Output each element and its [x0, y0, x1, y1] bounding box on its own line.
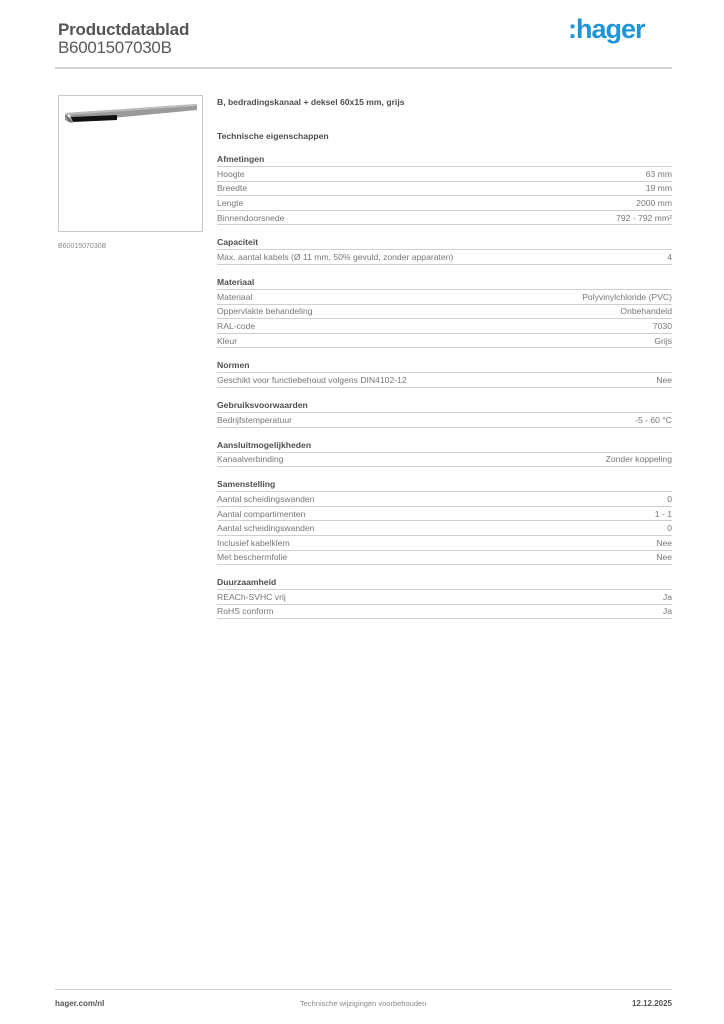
group-title: Capaciteit: [217, 236, 672, 250]
property-label: Aantal scheidingswanden: [217, 494, 314, 504]
cable-duct-image: [59, 96, 204, 233]
property-value: 7030: [653, 321, 672, 331]
property-groups: AfmetingenHoogte63 mmBreedte19 mmLengte2…: [217, 153, 672, 619]
property-label: Inclusief kabelklem: [217, 538, 290, 548]
product-code: B6001507030B: [58, 38, 172, 58]
property-label: Bedrijfstemperatuur: [217, 415, 292, 425]
property-row: Max. aantal kabels (Ø 11 mm, 50% gevuld,…: [217, 250, 672, 265]
group-title: Duurzaamheid: [217, 576, 672, 590]
property-label: Breedte: [217, 183, 247, 193]
group-title: Aansluitmogelijkheden: [217, 439, 672, 453]
property-value: 2000 mm: [636, 198, 672, 208]
property-label: Kanaalverbinding: [217, 454, 283, 464]
property-value: Onbehandeld: [620, 306, 672, 316]
header-divider: [55, 67, 672, 69]
property-label: RAL-code: [217, 321, 255, 331]
property-group: DuurzaamheidREACh-SVHC vrijJaRoHS confor…: [217, 576, 672, 619]
property-label: Aantal scheidingswanden: [217, 523, 314, 533]
footer-website-link[interactable]: hager.com/nl: [55, 999, 104, 1008]
property-label: Lengte: [217, 198, 243, 208]
property-value: Nee: [656, 375, 672, 385]
property-row: KleurGrijs: [217, 334, 672, 349]
property-group: AfmetingenHoogte63 mmBreedte19 mmLengte2…: [217, 153, 672, 225]
property-value: 792 - 792 mm²: [616, 213, 672, 223]
group-title: Normen: [217, 359, 672, 373]
property-value: 63 mm: [646, 169, 672, 179]
property-group: GebruiksvoorwaardenBedrijfstemperatuur-5…: [217, 399, 672, 428]
logo-colon: :: [568, 14, 575, 44]
property-value: Grijs: [654, 336, 672, 346]
property-row: Geschikt voor functiebehoud volgens DIN4…: [217, 373, 672, 388]
property-row: Hoogte63 mm: [217, 167, 672, 182]
page-title: Productdatablad: [58, 20, 189, 40]
property-label: Oppervlakte behandeling: [217, 306, 313, 316]
image-caption: B6001507030B: [58, 243, 106, 250]
footer-divider: [55, 989, 672, 990]
property-value: 4: [667, 252, 672, 262]
property-label: RoHS conform: [217, 606, 273, 616]
property-row: Bedrijfstemperatuur-5 - 60 °C: [217, 413, 672, 428]
footer-date: 12.12.2025: [632, 999, 672, 1008]
property-group: AansluitmogelijkhedenKanaalverbindingZon…: [217, 439, 672, 468]
property-label: Hoogte: [217, 169, 245, 179]
property-row: Aantal scheidingswanden0: [217, 492, 672, 507]
property-group: MateriaalMateriaalPolyvinylchloride (PVC…: [217, 276, 672, 348]
property-row: RoHS conformJa: [217, 605, 672, 620]
group-title: Materiaal: [217, 276, 672, 290]
property-value: Ja: [663, 592, 672, 602]
property-row: KanaalverbindingZonder koppeling: [217, 453, 672, 468]
property-value: Polyvinylchloride (PVC): [582, 292, 672, 302]
group-title: Afmetingen: [217, 153, 672, 167]
property-label: Max. aantal kabels (Ø 11 mm, 50% gevuld,…: [217, 252, 453, 262]
property-value: Ja: [663, 606, 672, 616]
group-title: Samenstelling: [217, 478, 672, 492]
property-group: NormenGeschikt voor functiebehoud volgen…: [217, 359, 672, 388]
property-label: Materiaal: [217, 292, 252, 302]
property-value: Nee: [656, 538, 672, 548]
property-label: REACh-SVHC vrij: [217, 592, 286, 602]
property-row: Inclusief kabelklemNee: [217, 536, 672, 551]
property-value: 0: [667, 494, 672, 504]
property-label: Met beschermfolie: [217, 552, 287, 562]
product-description: B, bedradingskanaal + deksel 60x15 mm, g…: [217, 96, 672, 108]
product-image: [58, 95, 203, 232]
technical-data: B, bedradingskanaal + deksel 60x15 mm, g…: [217, 96, 672, 619]
group-title: Gebruiksvoorwaarden: [217, 399, 672, 413]
property-row: Aantal scheidingswanden0: [217, 521, 672, 536]
property-row: REACh-SVHC vrijJa: [217, 590, 672, 605]
property-row: Lengte2000 mm: [217, 196, 672, 211]
property-value: Nee: [656, 552, 672, 562]
property-row: RAL-code7030: [217, 319, 672, 334]
property-row: MateriaalPolyvinylchloride (PVC): [217, 290, 672, 305]
property-value: -5 - 60 °C: [635, 415, 672, 425]
property-group: CapaciteitMax. aantal kabels (Ø 11 mm, 5…: [217, 236, 672, 265]
property-row: Breedte19 mm: [217, 182, 672, 197]
logo-text: hager: [576, 14, 645, 44]
property-label: Geschikt voor functiebehoud volgens DIN4…: [217, 375, 407, 385]
property-label: Kleur: [217, 336, 237, 346]
hager-logo: :hager: [568, 14, 645, 45]
property-row: Aantal compartimenten1 - 1: [217, 507, 672, 522]
property-row: Oppervlakte behandelingOnbehandeld: [217, 305, 672, 320]
property-label: Aantal compartimenten: [217, 509, 305, 519]
section-title: Technische eigenschappen: [217, 130, 672, 142]
property-value: 1 - 1: [655, 509, 672, 519]
property-group: SamenstellingAantal scheidingswanden0Aan…: [217, 478, 672, 565]
property-label: Binnendoorsnede: [217, 213, 284, 223]
property-row: Met beschermfolieNee: [217, 551, 672, 566]
property-value: 19 mm: [646, 183, 672, 193]
property-row: Binnendoorsnede792 - 792 mm²: [217, 211, 672, 226]
property-value: 0: [667, 523, 672, 533]
footer-disclaimer: Technische wijzigingen voorbehouden: [300, 999, 426, 1008]
property-value: Zonder koppeling: [606, 454, 672, 464]
